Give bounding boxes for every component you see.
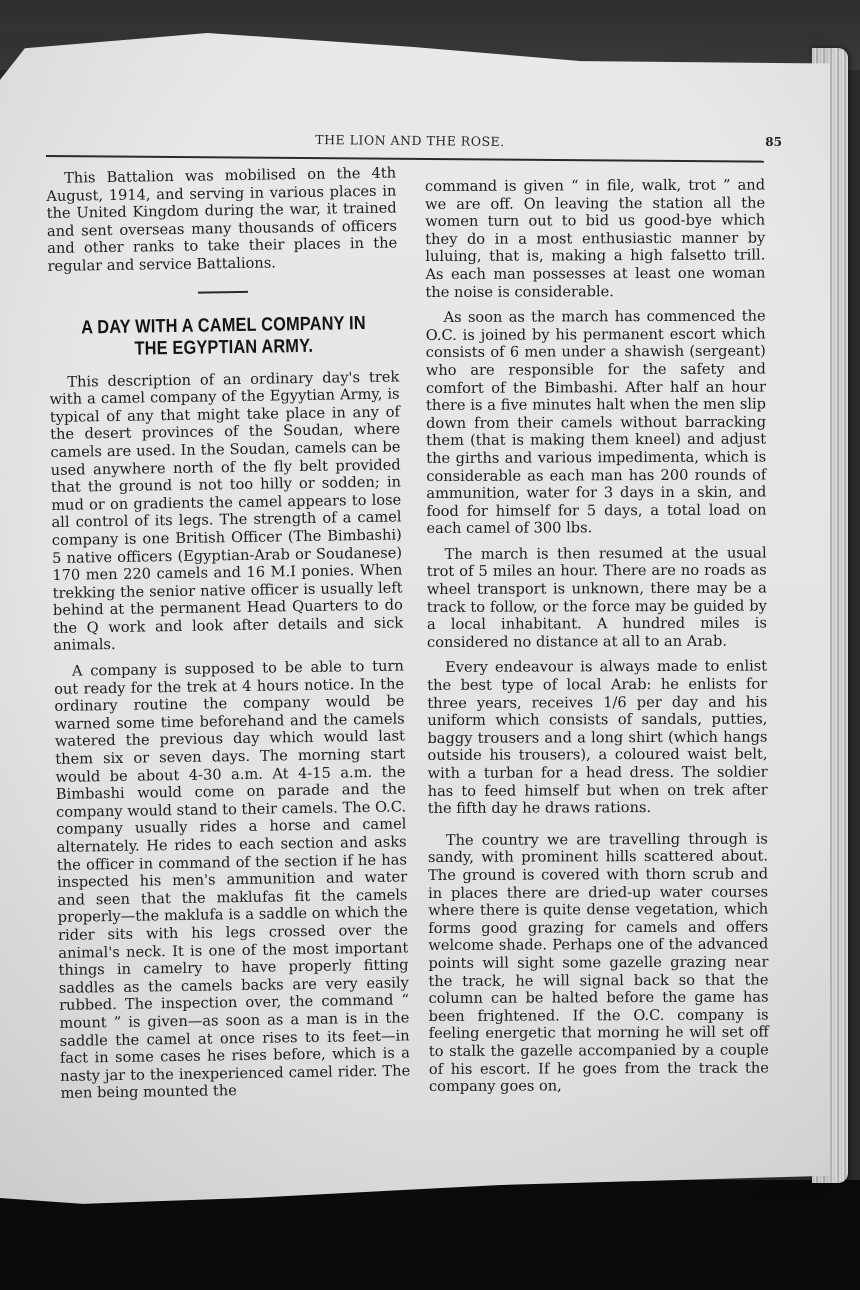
page-number: 85	[765, 135, 782, 149]
running-header: THE LION AND THE ROSE. 85	[40, 97, 810, 161]
right-column: command is given “ in file, walk, trot ”…	[425, 177, 769, 1104]
left-column: This Battalion was mobilised on the 4th …	[46, 165, 411, 1111]
paragraph: Every endeavour is always made to enlist…	[427, 658, 768, 818]
continued-paragraph: command is given “ in file, walk, trot ”…	[425, 177, 766, 302]
running-title: THE LION AND THE ROSE.	[40, 129, 780, 152]
paragraph: A company is supposed to be able to turn…	[54, 658, 411, 1103]
paragraph: As soon as the march has commenced the O…	[426, 308, 767, 538]
section-separator-rule	[198, 290, 248, 293]
paragraph: This description of an ordinary day's tr…	[49, 368, 403, 655]
paragraph: The march is then resumed at the usual t…	[427, 544, 767, 651]
paragraph: The country we are travelling through is…	[428, 830, 769, 1095]
section-title: A DAY WITH A CAMEL COMPANY IN THE EGYPTI…	[69, 312, 379, 361]
intro-paragraph: This Battalion was mobilised on the 4th …	[46, 165, 398, 276]
